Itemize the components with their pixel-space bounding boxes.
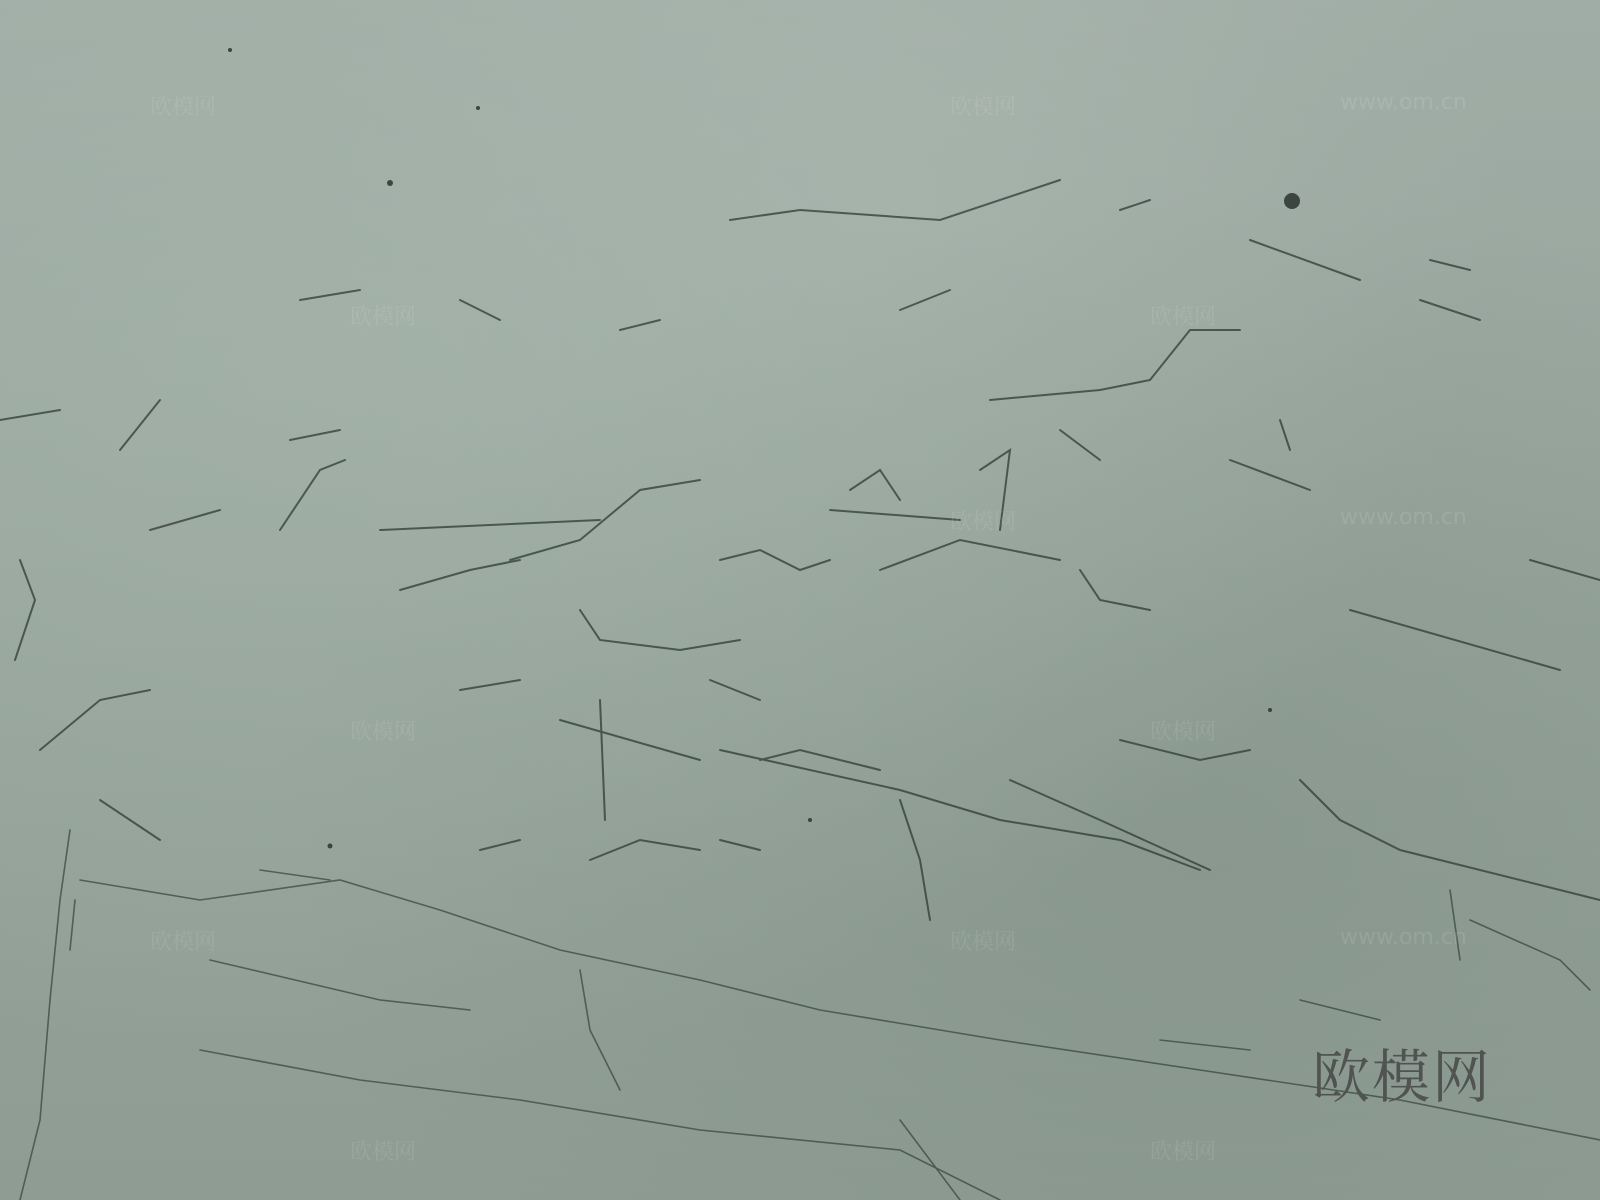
scratched-surface-texture: 欧模网 欧模网 www.om.cn 欧模网 欧模网 欧模网 www.om.cn … (0, 0, 1600, 1200)
watermark-logo: 欧模网 (1312, 1030, 1492, 1114)
scratch-marks (0, 0, 1600, 1200)
